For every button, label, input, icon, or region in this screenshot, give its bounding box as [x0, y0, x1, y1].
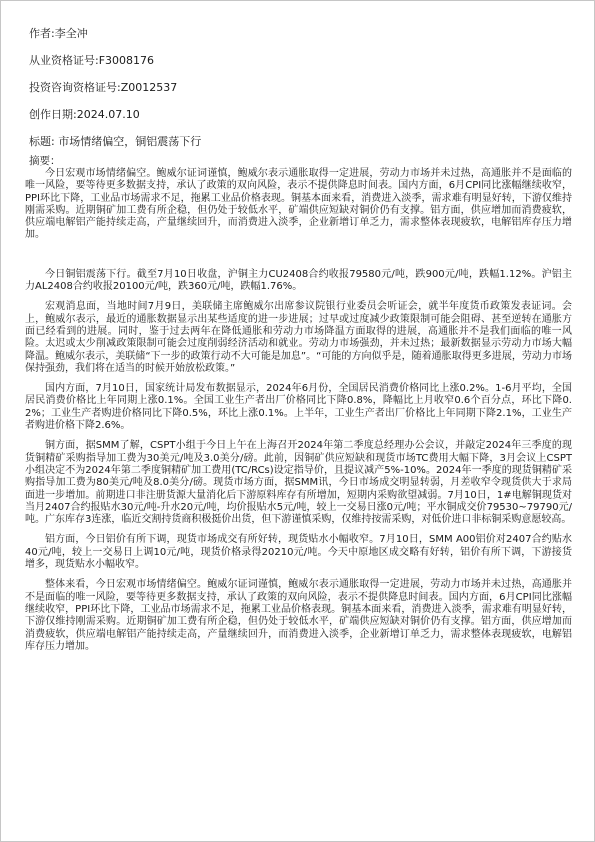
- create-date-line: 创作日期:2024.07.10: [29, 109, 566, 121]
- paragraph-price-review: 今日铜铝震荡下行。截至7月10日收盘，沪铜主力CU2408合约收报79580元/…: [25, 269, 572, 294]
- report-title: 标题: 市场情绪偏空，铜铝震荡下行: [29, 136, 566, 148]
- report-header: 作者:李全冲 从业资格证号:F3008176 投资咨询资格证号:Z0012537…: [1, 1, 594, 167]
- author-line: 作者:李全冲: [29, 28, 566, 40]
- abstract-label: 摘要：: [29, 155, 566, 167]
- advisory-license-line: 投资咨询资格证号:Z0012537: [29, 82, 566, 94]
- report-body: 今日宏观市场情绪偏空。鲍威尔证词谨慎，鲍威尔表示通胀取得一定进展，劳动力市场并未…: [1, 167, 594, 653]
- report-page: 作者:李全冲 从业资格证号:F3008176 投资咨询资格证号:Z0012537…: [0, 0, 595, 842]
- abstract-paragraph: 今日宏观市场情绪偏空。鲍威尔证词谨慎，鲍威尔表示通胀取得一定进展，劳动力市场并未…: [25, 168, 572, 242]
- paragraph-macro-news: 宏观消息面，当地时间7月9日，美联储主席鲍威尔出席参议院银行业委员会听证会，就半…: [25, 301, 572, 375]
- paragraph-overall-view: 整体来看，今日宏观市场情绪偏空。鲍威尔证词谨慎，鲍威尔表示通胀取得一定进展，劳动…: [25, 579, 572, 653]
- practice-license-line: 从业资格证号:F3008176: [29, 55, 566, 67]
- paragraph-aluminum: 铝方面，今日铝价有所下调，现货市场成交有所好转，现货贴水小幅收窄。7月10日，S…: [25, 534, 572, 571]
- paragraph-domestic-data: 国内方面，7月10日，国家统计局发布数据显示，2024年6月份，全国居民消费价格…: [25, 383, 572, 432]
- paragraph-copper: 铜方面，据SMM了解，CSPT小组于今日上午在上海召开2024年第二季度总经理办…: [25, 440, 572, 526]
